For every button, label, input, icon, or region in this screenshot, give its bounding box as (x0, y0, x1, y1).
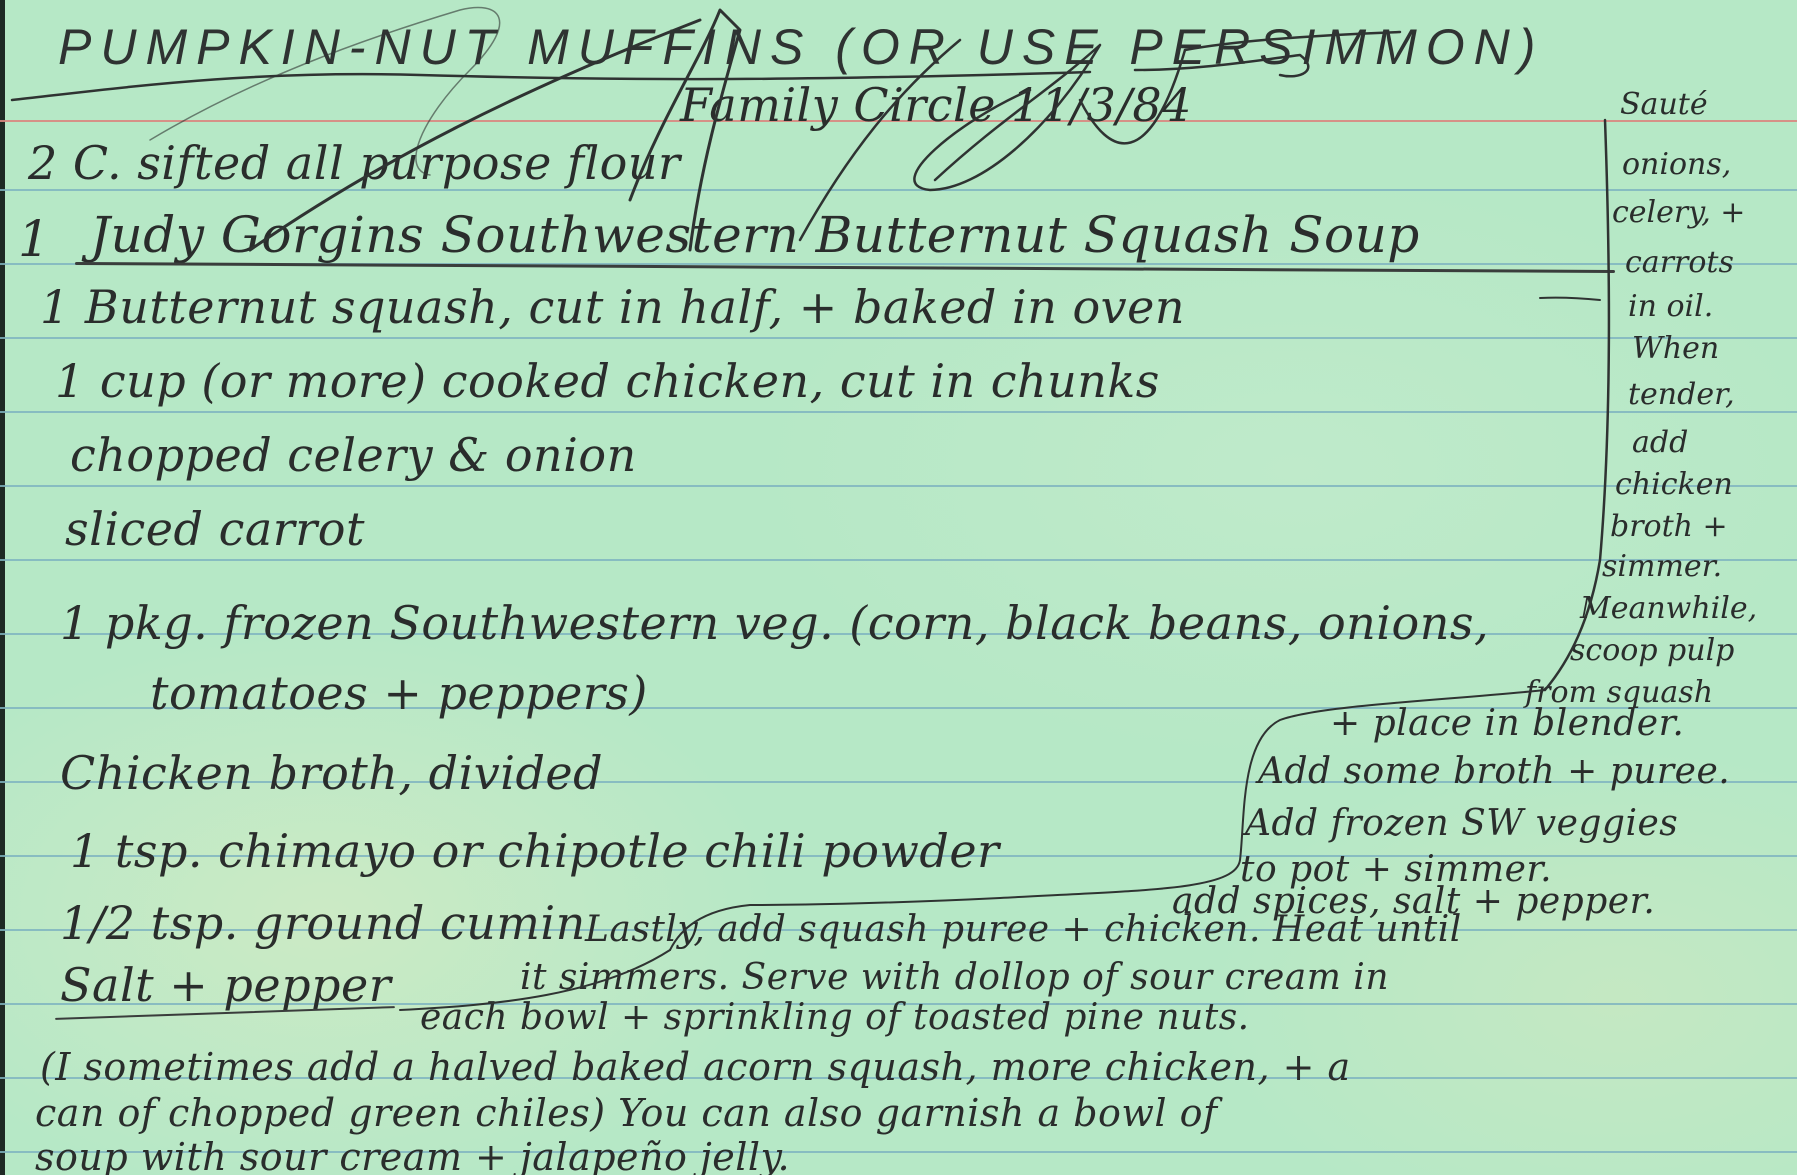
ingredient-item: 1/2 tsp. ground cumin (60, 900, 586, 946)
ingredient-item: 1 Butternut squash, cut in half, + baked… (40, 284, 1185, 330)
direction-side-line: in oil. (1628, 292, 1713, 322)
direction-line: Add some broth + puree. (1258, 754, 1730, 790)
direction-side-line: chicken (1615, 470, 1733, 500)
direction-side-line: When (1632, 334, 1719, 364)
ruled-line (0, 337, 1797, 339)
ingredient-item: Salt + pepper (60, 962, 391, 1008)
crossed-out-title: PUMPKIN-NUT MUFFINS (OR USE PERSIMMON) (58, 22, 1544, 72)
direction-side-line: carrots (1625, 248, 1734, 278)
direction-side-line: Meanwhile, (1580, 594, 1757, 624)
direction-side-line: simmer. (1602, 552, 1722, 582)
ruled-line (0, 559, 1797, 561)
crossed-out-source: Family Circle 11/3/84 (680, 82, 1192, 128)
direction-side-line: add (1632, 428, 1688, 458)
recipe-title: Judy Gorgins Southwestern Butternut Squa… (90, 210, 1420, 260)
direction-side-line: Sauté (1620, 90, 1708, 120)
direction-line: + place in blender. (1330, 706, 1684, 742)
ingredient-item: 1 pkg. frozen Southwestern veg. (corn, b… (60, 600, 1489, 646)
ingredient-item: Chicken broth, divided (60, 750, 603, 796)
ingredient-item: 1 tsp. chimayo or chipotle chili powder (70, 828, 1000, 874)
ingredient-item: sliced carrot (65, 506, 365, 552)
direction-side-line: onions, (1622, 150, 1731, 180)
direction-line: Lastly, add squash puree + chicken. Heat… (585, 912, 1462, 948)
ruled-line (0, 485, 1797, 487)
note-line: soup with sour cream + jalapeño jelly. (35, 1138, 790, 1175)
recipe-card: PUMPKIN-NUT MUFFINS (OR USE PERSIMMON) F… (0, 0, 1797, 1175)
ingredient-item: chopped celery & onion (70, 432, 637, 478)
direction-line: each bowl + sprinkling of toasted pine n… (420, 1000, 1250, 1036)
direction-line: it simmers. Serve with dollop of sour cr… (520, 960, 1389, 996)
direction-line: Add frozen SW veggies (1245, 806, 1678, 842)
recipe-title-prefix: 1 (18, 214, 50, 264)
ingredient-item: tomatoes + peppers) (150, 670, 648, 716)
note-line: (I sometimes add a halved baked acorn sq… (40, 1048, 1351, 1086)
ruled-line (0, 411, 1797, 413)
direction-side-line: scoop pulp (1570, 636, 1734, 666)
crossed-out-ingredient: 2 C. sifted all purpose flour (28, 140, 680, 186)
note-line: can of chopped green chiles) You can als… (35, 1094, 1218, 1132)
ingredient-item: 1 cup (or more) cooked chicken, cut in c… (55, 358, 1160, 404)
direction-side-line: broth + (1610, 512, 1728, 542)
direction-side-line: tender, (1628, 380, 1735, 410)
card-edge-shadow (0, 0, 5, 1175)
direction-side-line: celery, + (1612, 198, 1745, 228)
